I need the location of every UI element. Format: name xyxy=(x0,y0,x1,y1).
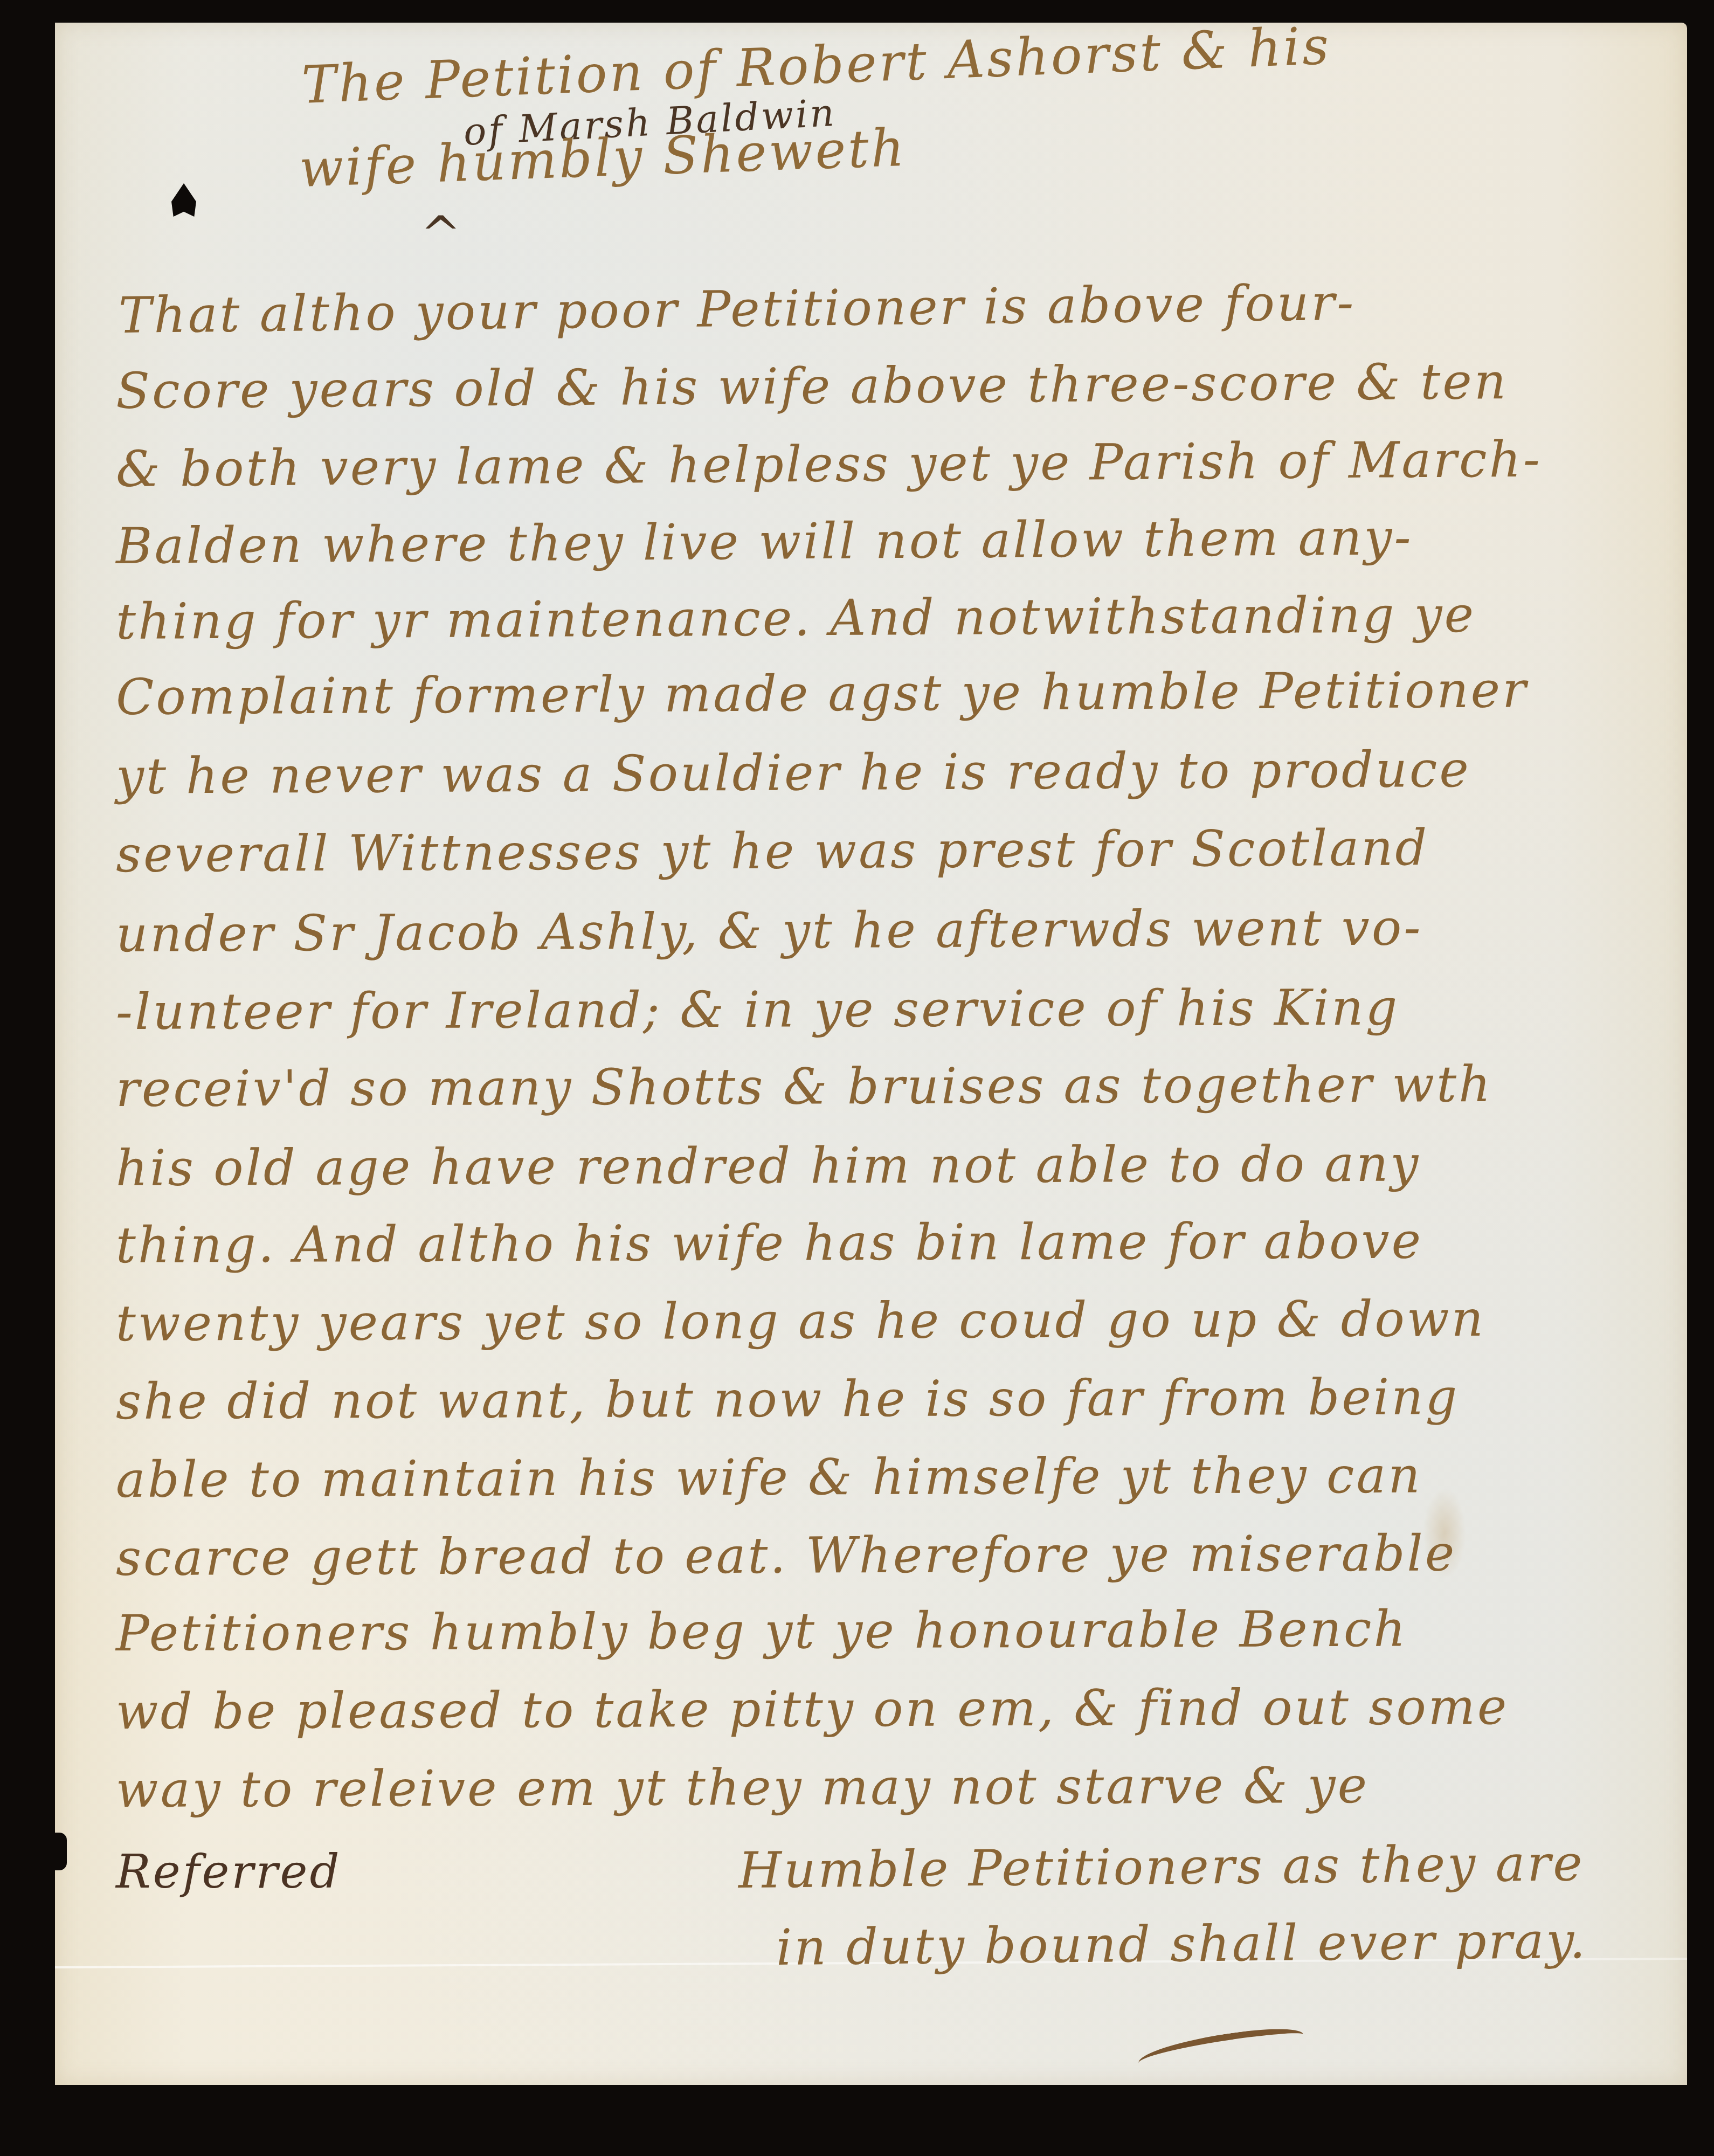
body-line: able to maintain his wife & himselfe yt … xyxy=(116,1451,1422,1505)
torn-edge xyxy=(55,1833,67,1870)
body-line: twenty years yet so long as he coud go u… xyxy=(116,1294,1485,1349)
body-line: she did not want, but now he is so far f… xyxy=(116,1372,1460,1427)
body-line: thing for yr maintenance. And notwithsta… xyxy=(116,590,1476,647)
body-line: Score years old & his wife above three-s… xyxy=(116,357,1509,416)
body-line: his old age have rendred him not able to… xyxy=(116,1139,1421,1193)
body-line: Petitioners humbly beg yt ye honourable … xyxy=(116,1605,1408,1659)
margin-note-referred: Referred xyxy=(116,1849,342,1895)
insertion-caret: ^ xyxy=(420,210,463,259)
body-line: scarce gett bread to eat. Wherefore ye m… xyxy=(116,1529,1457,1583)
body-line: under Sr Jacob Ashly, & yt he afterwds w… xyxy=(116,903,1423,959)
closing-line: Humble Petitioners as they are xyxy=(738,1839,1585,1896)
body-line: severall Wittnesses yt he was prest for … xyxy=(116,823,1429,880)
body-line: way to releive em yt they may not starve… xyxy=(116,1761,1370,1815)
body-line: receiv'd so many Shotts & bruises as tog… xyxy=(116,1060,1493,1114)
body-line: & both very lame & helpless yet ye Paris… xyxy=(116,435,1543,494)
body-line: wd be pleased to take pitty on em, & fin… xyxy=(116,1682,1509,1737)
body-line: yt he never was a Souldier he is ready t… xyxy=(116,745,1471,801)
body-line: Complaint formerly made agst ye humble P… xyxy=(116,665,1529,722)
body-line: Balden where they live will not allow th… xyxy=(116,513,1413,571)
body-line: thing. And altho his wife has bin lame f… xyxy=(116,1217,1423,1270)
body-line: That altho your poor Petitioner is above… xyxy=(119,278,1356,341)
body-line: -lunteer for Ireland; & in ye service of… xyxy=(116,983,1400,1037)
closing-line: in duty bound shall ever pray. xyxy=(776,1916,1588,1973)
